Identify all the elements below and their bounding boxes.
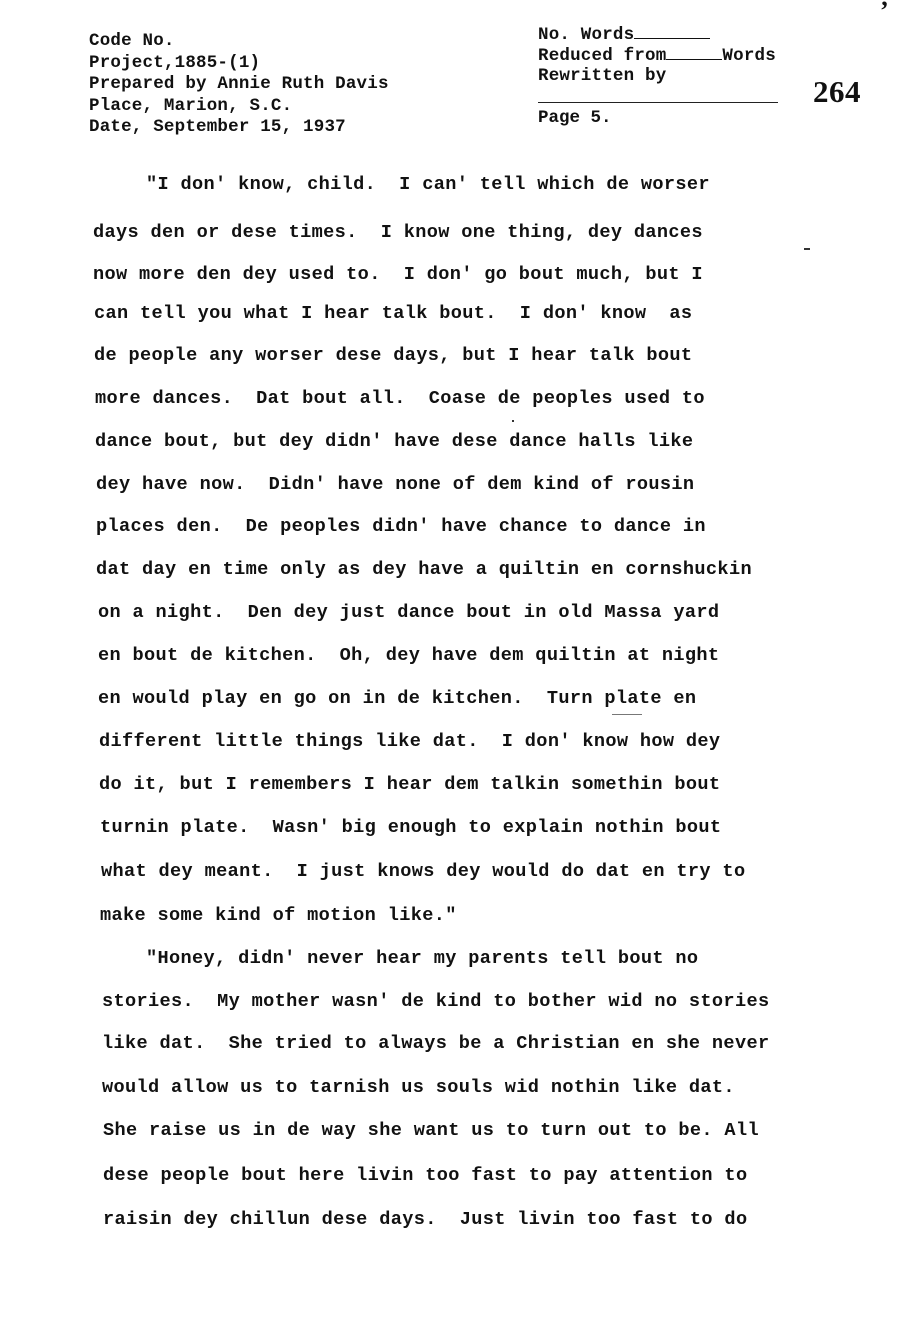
code-number-line: Code No. xyxy=(89,31,389,53)
transcript-line: dance bout, but dey didn' have dese danc… xyxy=(95,431,693,452)
transcript-line: days den or dese times. I know one thing… xyxy=(93,222,703,243)
header-metadata: Code No. Project,1885-(1) Prepared by An… xyxy=(89,31,389,139)
transcript-line: dese people bout here livin too fast to … xyxy=(103,1165,747,1186)
header-word-count: No. Words Reduced fromWords Rewritten by xyxy=(538,24,776,86)
transcript-line: dat day en time only as dey have a quilt… xyxy=(96,559,752,580)
reduced-from-blank xyxy=(666,45,722,60)
transcript-line: raisin dey chillun dese days. Just livin… xyxy=(103,1209,747,1230)
transcript-line: what dey meant. I just knows dey would d… xyxy=(101,861,745,882)
transcript-line: dey have now. Didn' have none of dem kin… xyxy=(96,474,694,495)
reduced-from-line: Reduced fromWords xyxy=(538,45,776,66)
transcript-line: en would play en go on in de kitchen. Tu… xyxy=(98,688,696,709)
scan-speck xyxy=(512,420,514,422)
rewritten-by-label: Rewritten by xyxy=(538,66,666,86)
document-page: ʼ Code No. Project,1885-(1) Prepared by … xyxy=(0,0,900,1340)
scan-speck xyxy=(612,714,642,715)
transcript-line: different little things like dat. I don'… xyxy=(99,731,720,752)
transcript-line: turnin plate. Wasn' big enough to explai… xyxy=(100,817,721,838)
no-words-label: No. Words xyxy=(538,25,634,45)
transcript-line: would allow us to tarnish us souls wid n… xyxy=(102,1077,735,1098)
corner-pen-mark: ʼ xyxy=(880,0,889,26)
transcript-line: places den. De peoples didn' have chance… xyxy=(96,516,706,537)
transcript-line: on a night. Den dey just dance bout in o… xyxy=(98,602,719,623)
transcript-line: "Honey, didn' never hear my parents tell… xyxy=(146,948,698,969)
transcript-line: more dances. Dat bout all. Coase de peop… xyxy=(95,388,705,409)
transcript-line: like dat. She tried to always be a Chris… xyxy=(102,1033,769,1054)
project-line: Project,1885-(1) xyxy=(89,53,389,75)
prepared-by-line: Prepared by Annie Ruth Davis xyxy=(89,74,389,96)
transcript-line: stories. My mother wasn' de kind to both… xyxy=(102,991,769,1012)
page-stamp-number: 264 xyxy=(813,74,861,110)
transcript-line: make some kind of motion like." xyxy=(100,905,457,926)
no-words-blank xyxy=(634,24,710,39)
scan-speck xyxy=(804,248,810,250)
transcript-line: de people any worser dese days, but I he… xyxy=(94,345,692,366)
transcript-line: en bout de kitchen. Oh, dey have dem qui… xyxy=(98,645,719,666)
place-line: Place, Marion, S.C. xyxy=(89,96,389,118)
rewritten-by-rule xyxy=(538,102,778,103)
page-number: Page 5. xyxy=(538,108,612,128)
rewritten-by-line: Rewritten by xyxy=(538,66,776,86)
reduced-from-label: Reduced from xyxy=(538,46,666,66)
date-line: Date, September 15, 1937 xyxy=(89,117,389,139)
transcript-line: can tell you what I hear talk bout. I do… xyxy=(94,303,692,324)
transcript-line: now more den dey used to. I don' go bout… xyxy=(93,264,703,285)
reduced-words-label: Words xyxy=(722,46,776,66)
transcript-line: do it, but I remembers I hear dem talkin… xyxy=(99,774,720,795)
no-words-line: No. Words xyxy=(538,24,776,45)
transcript-line: "I don' know, child. I can' tell which d… xyxy=(146,174,710,195)
transcript-line: She raise us in de way she want us to tu… xyxy=(103,1120,759,1141)
